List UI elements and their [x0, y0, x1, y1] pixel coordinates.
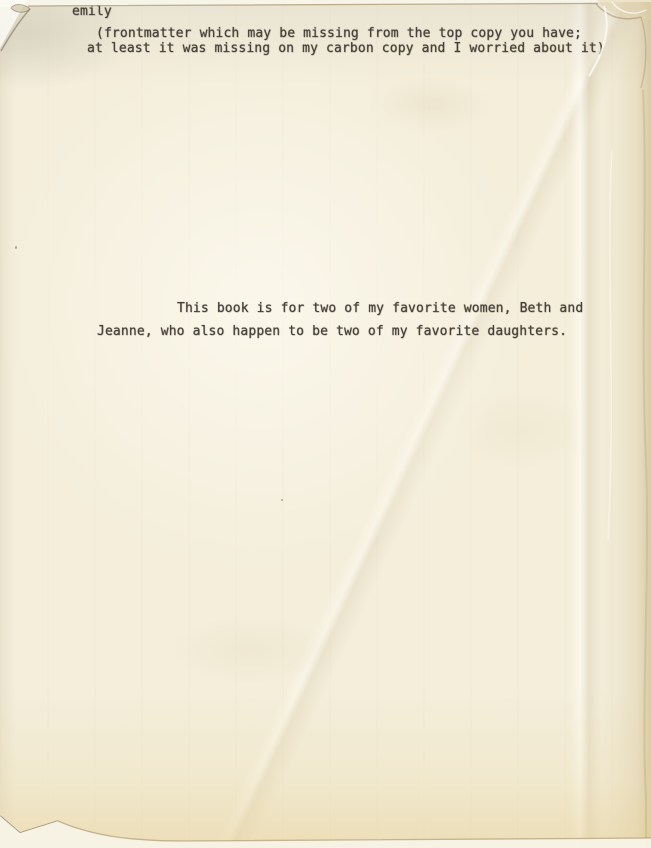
frontmatter-note-line-2: at least it was missing on my carbon cop… [87, 41, 605, 57]
recipient-annotation: emily [72, 4, 112, 20]
dust-speck [15, 246, 17, 249]
dedication-line-1: This book is for two of my favorite wome… [177, 301, 583, 317]
dedication-line-2: Jeanne, who also happen to be two of my … [97, 324, 567, 340]
frontmatter-note-line-1: (frontmatter which may be missing from t… [96, 26, 582, 42]
paper-sheet [0, 0, 651, 848]
scanned-document: emily (frontmatter which may be missing … [0, 0, 651, 848]
dust-speck [281, 499, 283, 501]
